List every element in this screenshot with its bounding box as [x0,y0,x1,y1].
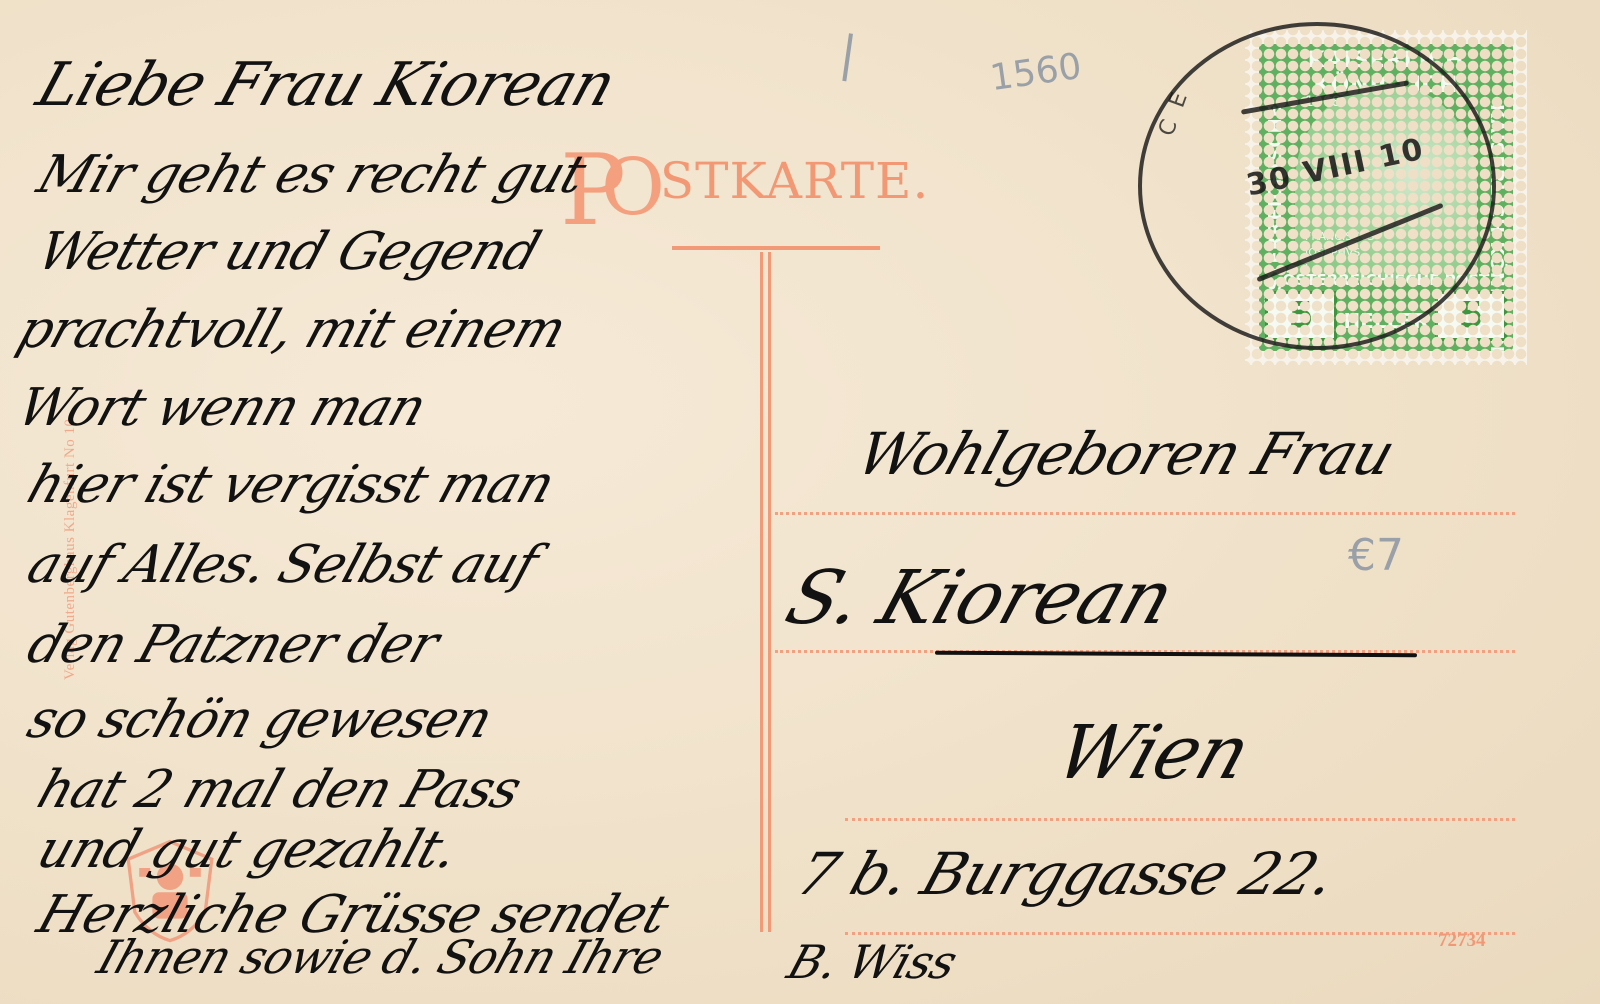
center-divider-right [768,252,771,932]
address-street: 7 b. Burggasse 22. [789,840,1344,908]
message-line: hat 2 mal den Pass [30,760,528,820]
message-line: Wort wenn man [10,378,433,438]
message-line: Wetter und Gegend [30,222,546,282]
title-underline [672,246,880,250]
address-line-1 [775,512,1515,515]
message-line: Ihnen sowie d. Sohn Ihre [91,930,669,984]
title-rest: STKARTE. [660,152,930,210]
catalog-number: 72734 [1438,930,1486,952]
message-line: Mir geht es recht gut [30,145,592,205]
message-line: auf Alles. Selbst auf [20,535,544,595]
message-line: und gut gezahlt. [30,820,465,880]
sender-signature: B. Wiss [781,935,963,989]
message-line: hier ist vergisst man [20,455,561,515]
title-letter-o: O [601,143,666,233]
message-line: so schön gewesen [20,690,499,750]
postkarte-title: POSTKARTE. [560,108,929,222]
message-line: Liebe Frau Kiorean [29,50,624,120]
center-divider-left [760,252,763,932]
pencil-mark: | [836,25,860,83]
address-name: S. Kiorean [776,555,1184,641]
address-line-3 [845,818,1515,821]
message-line: prachtvoll, mit einem [10,300,573,360]
postcard: POSTKARTE. Verlag Gutenberghaus Klagenfu… [0,0,1600,1004]
pencil-price-note: €7 [1348,530,1404,581]
address-city: Wien [1046,710,1260,796]
message-line: den Patzner der [20,615,445,675]
address-salutation: Wohlgeboren Frau [849,420,1403,488]
pencil-inventory-number: 1560 [988,46,1084,99]
